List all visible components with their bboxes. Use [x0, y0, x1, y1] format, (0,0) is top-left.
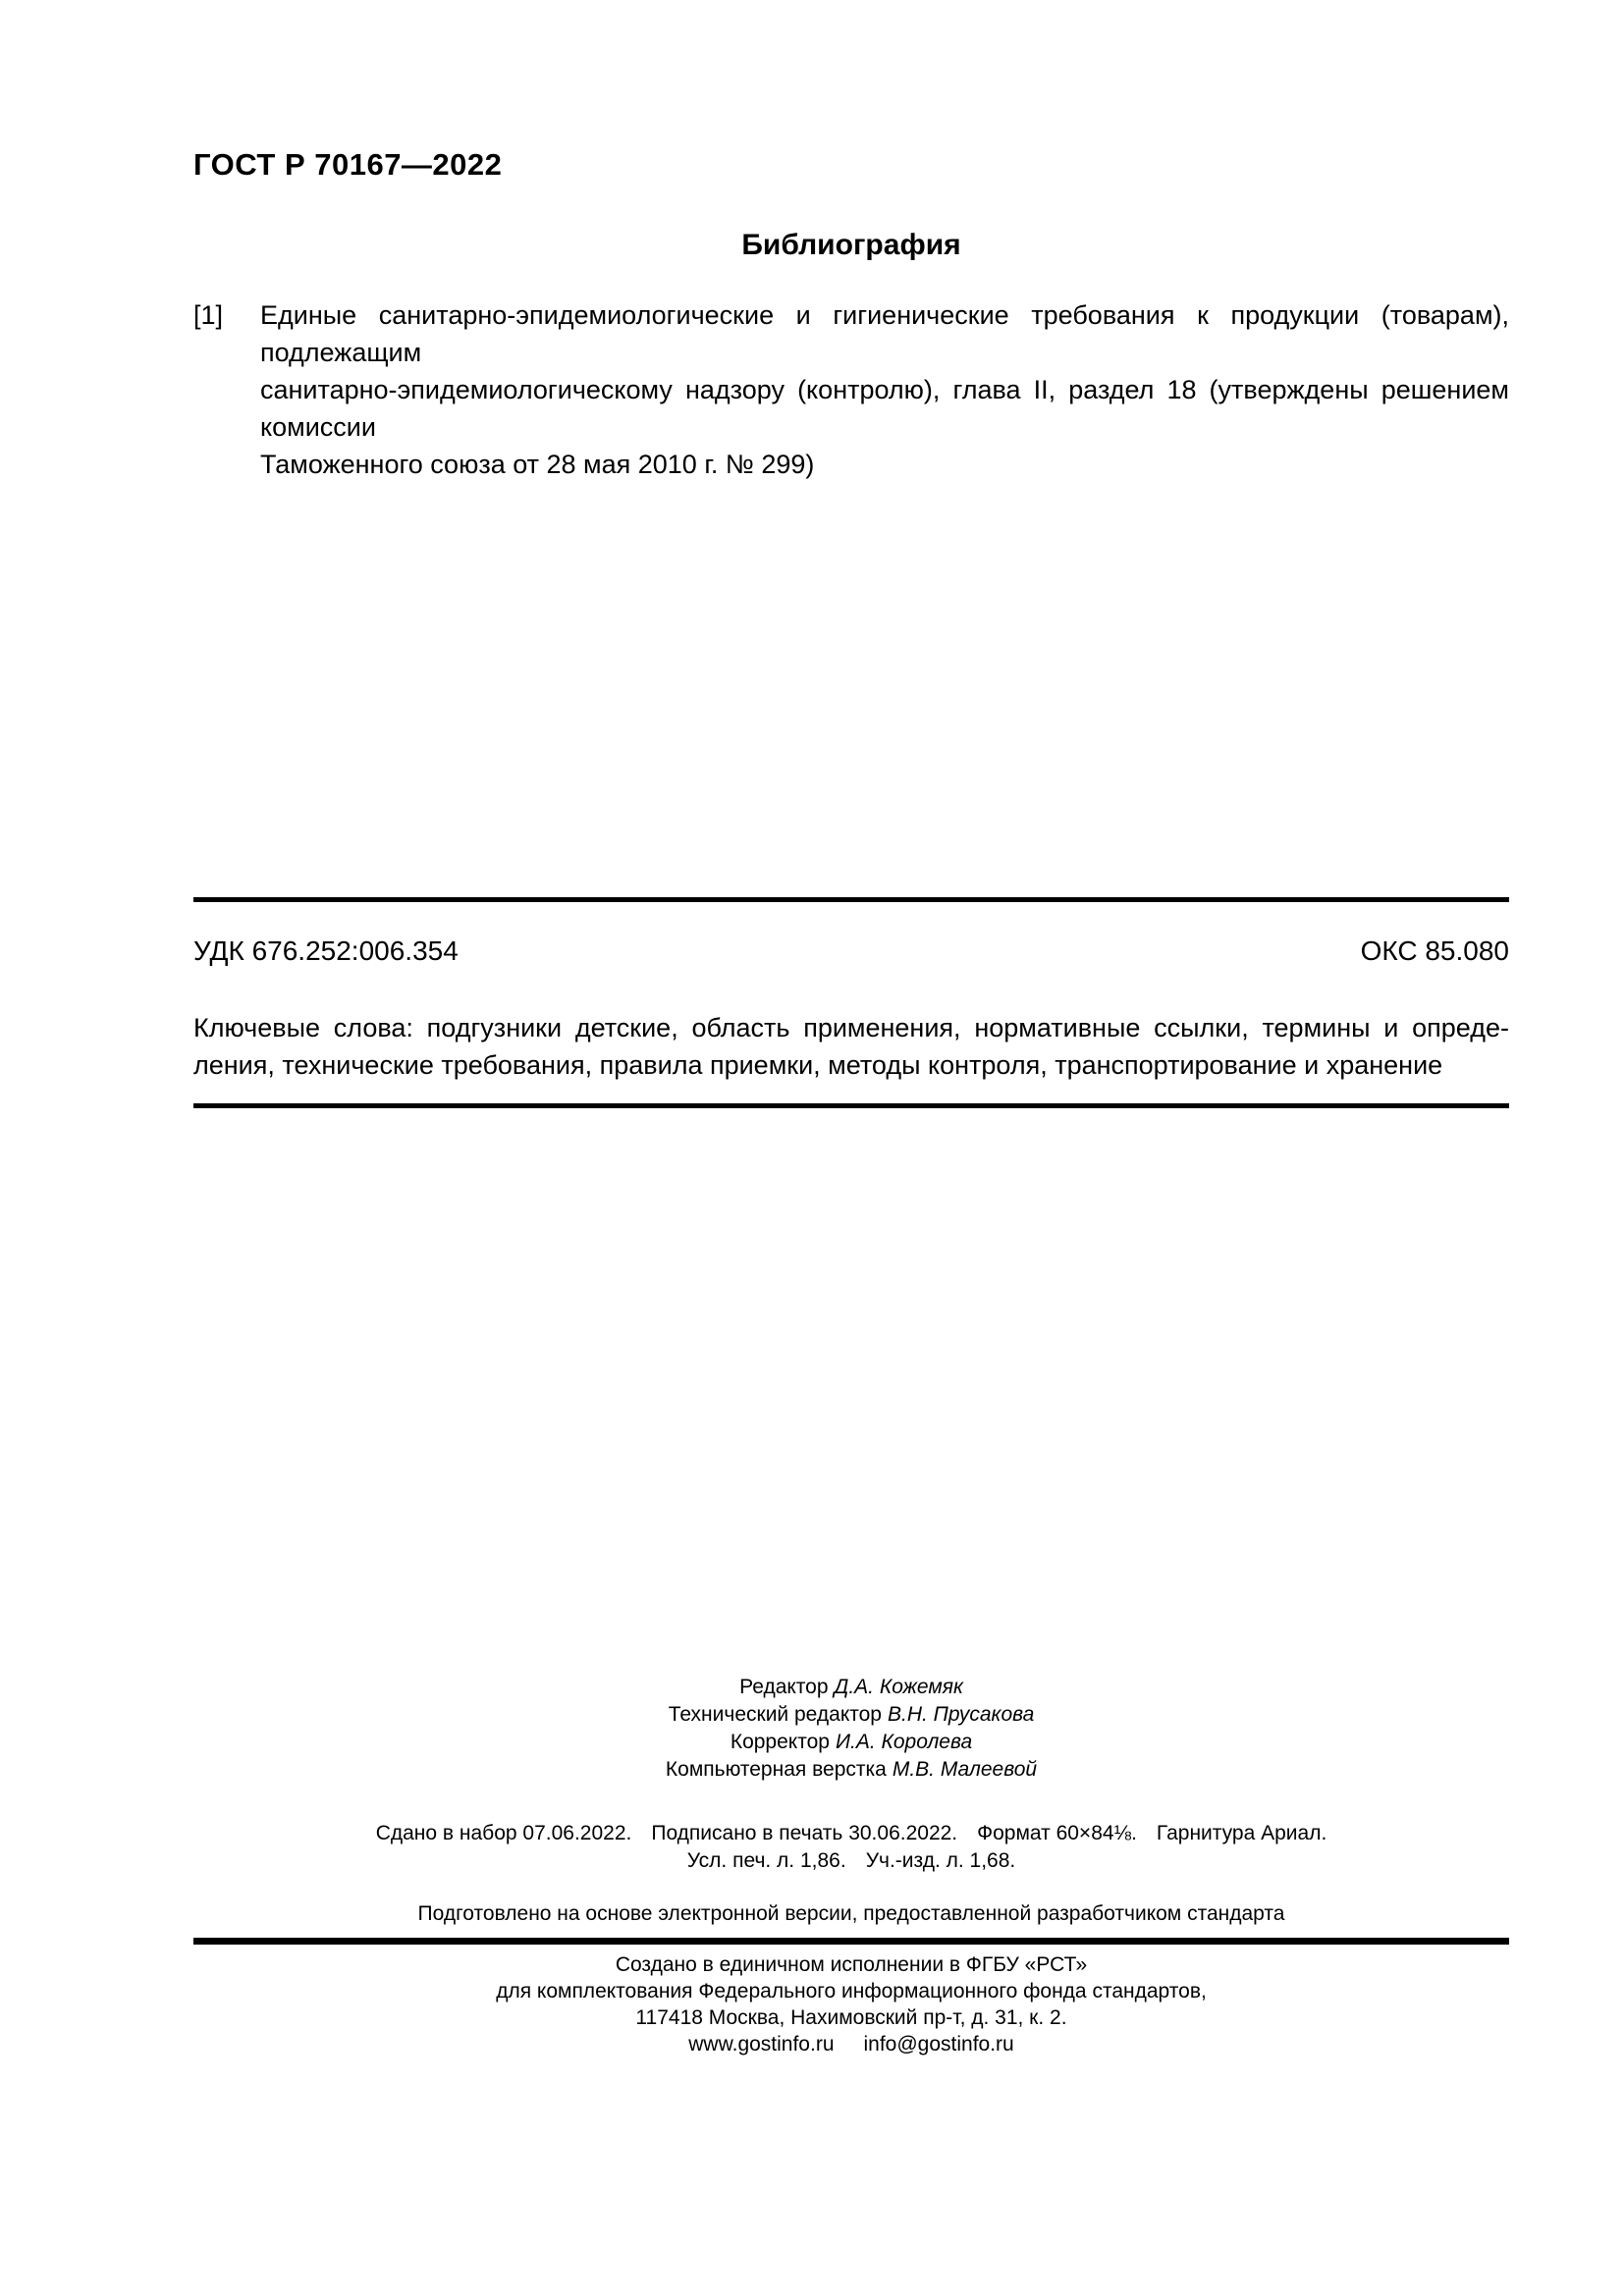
credit-editor-role: Редактор	[739, 1676, 828, 1698]
document-code: ГОСТ Р 70167—2022	[193, 147, 502, 183]
horizontal-rule-top	[193, 897, 1509, 902]
imprint-pub-sheets: Уч.-изд. л. 1,68.	[866, 1847, 1016, 1875]
imprint-row-1: Сдано в набор 07.06.2022. Подписано в пе…	[193, 1820, 1509, 1847]
section-title-bibliography: Библиография	[193, 229, 1509, 262]
bibliography-entry-text: Единые санитарно-эпидемиологические и ги…	[260, 296, 1509, 483]
udk-code: УДК 676.252:006.354	[193, 933, 459, 970]
credit-corrector-role: Корректор	[731, 1731, 830, 1753]
imprint-cond-print-sheets: Усл. печ. л. 1,86.	[687, 1847, 846, 1875]
bibliography-line-2: санитарно-эпидемиологическому надзору (к…	[260, 371, 1509, 446]
keywords-line-1: Ключевые слова: подгузники детские, обла…	[193, 1009, 1509, 1046]
imprint-row-2: Усл. печ. л. 1,86. Уч.-изд. л. 1,68.	[193, 1847, 1509, 1875]
credit-editor: РедакторД.А. Кожемяк	[193, 1674, 1509, 1701]
imprint-block: Сдано в набор 07.06.2022. Подписано в пе…	[193, 1820, 1509, 1875]
oks-code: ОКС 85.080	[1361, 933, 1509, 970]
publisher-line-2: для комплектования Федерального информац…	[193, 1978, 1509, 2004]
horizontal-rule-bottom	[193, 1938, 1509, 1945]
publisher-block: Создано в единичном исполнении в ФГБУ «Р…	[193, 1951, 1509, 2057]
credit-layout-role: Компьютерная верстка	[666, 1758, 887, 1781]
credit-tech-editor: Технический редакторВ.Н. Прусакова	[193, 1701, 1509, 1729]
classification-codes-row: УДК 676.252:006.354 ОКС 85.080	[193, 933, 1509, 970]
bibliography-line-1: Единые санитарно-эпидемиологические и ги…	[260, 296, 1509, 371]
credit-layout: Компьютерная версткаМ.В. Малеевой	[193, 1756, 1509, 1784]
document-page: ГОСТ Р 70167—2022 Библиография [1] Едины…	[0, 0, 1624, 2296]
bibliography-line-3: Таможенного союза от 28 мая 2010 г. № 29…	[260, 446, 1509, 483]
imprint-format: Формат 60×84⅛.	[977, 1820, 1137, 1847]
publisher-address: 117418 Москва, Нахимовский пр-т, д. 31, …	[193, 2004, 1509, 2031]
imprint-typeface: Гарнитура Ариал.	[1157, 1820, 1326, 1847]
credit-layout-name: М.В. Малеевой	[893, 1758, 1037, 1781]
publisher-website: www.gostinfo.ru	[688, 2031, 834, 2057]
credit-corrector: КорректорИ.А. Королева	[193, 1729, 1509, 1756]
prepared-note: Подготовлено на основе электронной верси…	[193, 1900, 1509, 1928]
imprint-print-date: Подписано в печать 30.06.2022.	[651, 1820, 957, 1847]
publisher-contacts-row: www.gostinfo.ru info@gostinfo.ru	[193, 2031, 1509, 2057]
bibliography-ref-label: [1]	[193, 296, 223, 334]
keywords-paragraph: Ключевые слова: подгузники детские, обла…	[193, 1009, 1509, 1084]
imprint-set-date: Сдано в набор 07.06.2022.	[376, 1820, 632, 1847]
credits-block: РедакторД.А. Кожемяк Технический редакто…	[193, 1674, 1509, 1784]
publisher-line-1: Создано в единичном исполнении в ФГБУ «Р…	[193, 1951, 1509, 1978]
credit-tech-editor-name: В.Н. Прусакова	[888, 1703, 1034, 1726]
bibliography-entry: [1] Единые санитарно-эпидемиологические …	[193, 296, 1509, 483]
keywords-line-2: ления, технические требования, правила п…	[193, 1046, 1509, 1084]
horizontal-rule-middle	[193, 1103, 1509, 1108]
credit-corrector-name: И.А. Королева	[836, 1731, 972, 1753]
credit-editor-name: Д.А. Кожемяк	[835, 1676, 963, 1698]
publisher-email: info@gostinfo.ru	[864, 2031, 1014, 2057]
credit-tech-editor-role: Технический редактор	[669, 1703, 882, 1726]
